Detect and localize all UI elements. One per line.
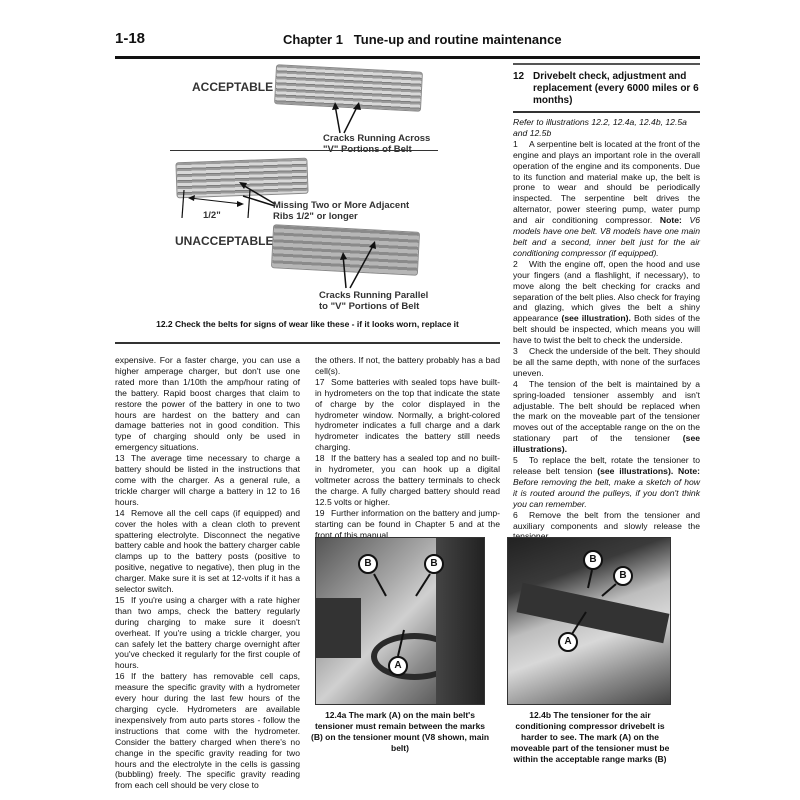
chapter-title: Chapter 1 Tune-up and routine maintenanc… [283, 32, 562, 47]
figure-rule [115, 342, 500, 344]
section-rule [513, 63, 700, 65]
callout-missing-ribs: Missing Two or More Adjacent Ribs 1/2" o… [273, 200, 409, 222]
paragraph-19: 19Further information on the battery and… [315, 508, 500, 541]
section-number: 12 [513, 71, 533, 107]
label-acceptable: ACCEPTABLE [192, 80, 273, 94]
arrow-icon [340, 240, 380, 290]
paragraph-15: 15If you're using a charger with a rate … [115, 595, 300, 671]
paragraph-3: 3Check the underside of the belt. They s… [513, 346, 700, 379]
figure-caption: 12.4b The tensioner for the air conditio… [505, 710, 675, 765]
photo-tensioner-ac: B B A [507, 537, 671, 705]
callout-cracks-parallel: Cracks Running Parallel to "V" Portions … [319, 290, 428, 312]
paragraph-5: 5To replace the belt, rotate the tension… [513, 455, 700, 510]
paragraph-2: 2With the engine off, open the hood and … [513, 259, 700, 346]
paragraph-18: 18If the battery has a sealed top and no… [315, 453, 500, 508]
paragraph-17: 17Some batteries with sealed tops have b… [315, 377, 500, 453]
figure-divider [170, 150, 438, 151]
right-column: Refer to illustrations 12.2, 12.4a, 12.4… [513, 117, 700, 542]
paragraph: expensive. For a faster charge, you can … [115, 355, 300, 453]
photo-tensioner-main: B B A [315, 537, 485, 705]
paragraph-1: 1A serpentine belt is located at the fro… [513, 139, 700, 259]
header-rule [115, 56, 700, 59]
page-number: 1-18 [115, 30, 145, 47]
paragraph-14: 14Remove all the cell caps (if equipped)… [115, 508, 300, 595]
paragraph-4: 4The tension of the belt is maintained b… [513, 379, 700, 455]
figure-caption: 12.4a The mark (A) on the main belt's te… [310, 710, 490, 754]
arrow-icon [508, 538, 670, 704]
paragraph-13: 13The average time necessary to charge a… [115, 453, 300, 508]
section-heading: 12 Drivebelt check, adjustment and repla… [513, 71, 700, 107]
refer-illustrations: Refer to illustrations 12.2, 12.4a, 12.4… [513, 117, 700, 139]
middle-column: the others. If not, the battery probably… [315, 355, 500, 540]
section-title: Drivebelt check, adjustment and replacem… [533, 71, 700, 107]
callout-cracks-across: Cracks Running Across "V" Portions of Be… [323, 133, 430, 155]
paragraph: the others. If not, the battery probably… [315, 355, 500, 377]
arrow-icon [330, 100, 370, 135]
paragraph-16: 16If the battery has removable cell caps… [115, 671, 300, 791]
arrow-icon [237, 178, 277, 208]
left-column: expensive. For a faster charge, you can … [115, 355, 300, 791]
measure-label: 1/2" [203, 210, 221, 221]
label-unacceptable: UNACCEPTABLE [175, 234, 273, 248]
figure-caption: 12.2 Check the belts for signs of wear l… [115, 319, 500, 330]
section-rule [513, 111, 700, 113]
arrow-icon [316, 538, 484, 704]
